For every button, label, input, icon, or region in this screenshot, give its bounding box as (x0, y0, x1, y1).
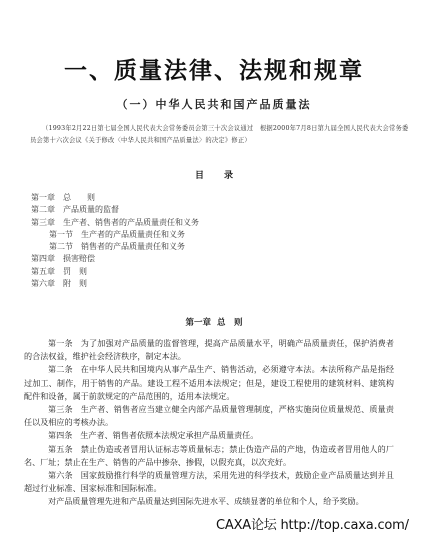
toc-item-chapter-5: 第五章罚 则 (31, 266, 331, 278)
toc-item-chapter-1: 第一章总 则 (31, 192, 331, 204)
toc-item-title: 附 则 (63, 279, 87, 288)
article-num: 第一条 (48, 338, 73, 348)
chapter-body: 第一条为了加强对产品质量的监督管理，提高产品质量水平，明确产品质量责任，保护消费… (24, 337, 394, 509)
toc-item-section-1: 第一节生产者的产品质量责任和义务 (31, 229, 331, 241)
article-text: 在中华人民共和国境内从事产品生产、销售活动，必须遵守本法。本法所称产品是指经过加… (24, 364, 394, 400)
toc-item-num: 第二节 (49, 241, 73, 253)
toc-heading-char: 目 (195, 168, 204, 181)
article-text: 对产品质量管理先进和产品质量达到国际先进水平、成绩显著的单位和个人，给予奖励。 (48, 496, 364, 506)
article-1: 第一条为了加强对产品质量的监督管理，提高产品质量水平，明确产品质量责任，保护消费… (24, 337, 394, 363)
sub-title: （一）中华人民共和国产品质量法 (0, 96, 428, 112)
article-num: 第三条 (48, 404, 73, 414)
chapter-title: 总 则 (217, 316, 243, 328)
article-6-paragraph-2: 对产品质量管理先进和产品质量达到国际先进水平、成绩显著的单位和个人，给予奖励。 (24, 495, 394, 508)
table-of-contents: 第一章总 则 第二章产品质量的监督 第三章生产者、销售者的产品质量责任和义务 第… (31, 192, 331, 290)
toc-item-num: 第三章 (31, 217, 55, 229)
toc-item-num: 第四章 (31, 253, 55, 265)
toc-item-num: 第二章 (31, 204, 55, 216)
toc-item-num: 第六章 (31, 278, 55, 290)
toc-item-title: 生产者、销售者的产品质量责任和义务 (63, 218, 199, 227)
adoption-note: （1993年2月22日第七届全国人民代表大会常务委员会第三十次会议通过 根据20… (30, 123, 410, 147)
toc-item-title: 损害赔偿 (63, 254, 95, 263)
chapter-num: 第一章 (185, 316, 211, 328)
chapter-heading: 第一章总 则 (0, 316, 428, 328)
article-text: 为了加强对产品质量的监督管理，提高产品质量水平，明确产品质量责任，保护消费者的合… (24, 338, 394, 361)
toc-item-title: 总 则 (63, 193, 95, 202)
document-page: 一、质量法律、法规和规章 （一）中华人民共和国产品质量法 （1993年2月22日… (0, 0, 428, 547)
article-3: 第三条生产者、销售者应当建立健全内部产品质量管理制度，严格实施岗位质量规范、质量… (24, 403, 394, 429)
article-text: 生产者、销售者应当建立健全内部产品质量管理制度，严格实施岗位质量规范、质量责任以… (24, 404, 394, 427)
toc-heading-char: 录 (224, 168, 233, 181)
toc-item-title: 销售者的产品质量责任和义务 (81, 242, 185, 251)
article-4: 第四条生产者、销售者依照本法规定承担产品质量责任。 (24, 429, 394, 442)
toc-item-chapter-2: 第二章产品质量的监督 (31, 204, 331, 216)
toc-item-chapter-3: 第三章生产者、销售者的产品质量责任和义务 (31, 217, 331, 229)
toc-item-chapter-4: 第四章损害赔偿 (31, 253, 331, 265)
toc-item-title: 生产者的产品质量责任和义务 (81, 230, 185, 239)
toc-item-title: 罚 则 (63, 267, 87, 276)
article-text: 国家鼓励推行科学的质量管理方法，采用先进的科学技术，鼓励企业产品质量达到并且超过… (24, 470, 394, 493)
article-num: 第四条 (48, 430, 72, 440)
toc-item-num: 第一节 (49, 229, 73, 241)
toc-item-chapter-6: 第六章附 则 (31, 278, 331, 290)
article-6: 第六条国家鼓励推行科学的质量管理方法，采用先进的科学技术，鼓励企业产品质量达到并… (24, 469, 394, 495)
article-num: 第五条 (48, 444, 73, 454)
article-5: 第五条禁止伪造或者冒用认证标志等质量标志；禁止伪造产品的产地，伪造或者冒用他人的… (24, 443, 394, 469)
toc-item-section-2: 第二节销售者的产品质量责任和义务 (31, 241, 331, 253)
toc-item-num: 第一章 (31, 192, 55, 204)
article-text: 生产者、销售者依照本法规定承担产品质量责任。 (80, 430, 258, 440)
toc-heading: 目录 (0, 168, 428, 181)
article-num: 第六条 (48, 470, 73, 480)
toc-item-num: 第五章 (31, 266, 55, 278)
article-num: 第二条 (48, 364, 73, 374)
main-title: 一、质量法律、法规和规章 (0, 52, 428, 85)
article-2: 第二条在中华人民共和国境内从事产品生产、销售活动，必须遵守本法。本法所称产品是指… (24, 363, 394, 403)
article-text: 禁止伪造或者冒用认证标志等质量标志；禁止伪造产品的产地，伪造或者冒用他人的厂名、… (24, 444, 394, 467)
forum-watermark: CAXA论坛 http://top.caxa.com/ (216, 514, 409, 533)
toc-item-title: 产品质量的监督 (63, 205, 119, 214)
